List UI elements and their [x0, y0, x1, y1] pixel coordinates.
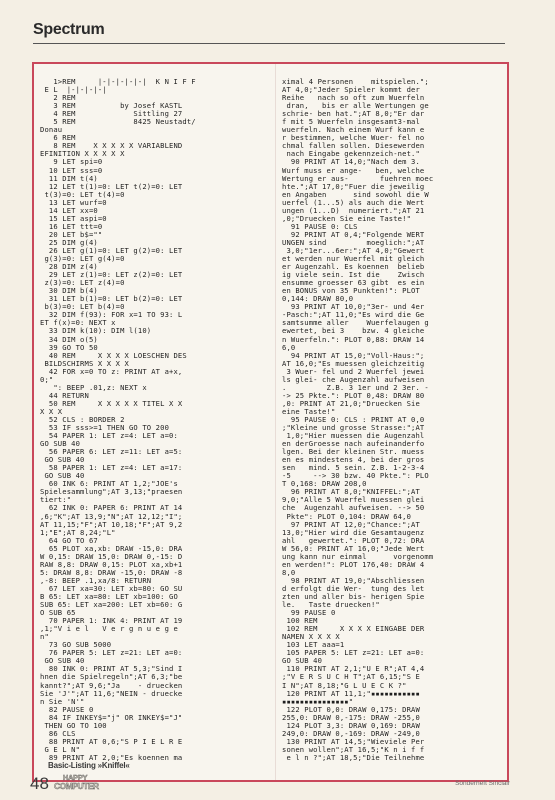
page-header: Spectrum — [33, 20, 505, 44]
page-footer: 48 HAPPY COMPUTER Sonderheft Sinclair — [30, 772, 510, 796]
listing-caption: Basic-Listing »Kniffel« — [48, 761, 130, 770]
code-line: 50 REM X X X X X TITEL X X — [40, 400, 276, 408]
code-line: 5 REM 8425 Neustadt/ — [40, 118, 276, 126]
page-number: 48 — [30, 774, 49, 794]
logo-line-2: COMPUTER — [54, 782, 96, 791]
code-line: 42 FOR x=0 TO z: PRINT AT a+x, — [40, 368, 276, 376]
code-line: e l n ?";AT 18,5;"Die Teilnehme — [282, 754, 507, 762]
listing-left-column: 1>REM |-|-|-|-|-| K N I F F E L |-|-|-|-… — [40, 78, 276, 762]
code-line: en werden!": PLOT 176,40: DRAW 4 — [282, 561, 507, 569]
section-title: Spectrum — [33, 20, 505, 40]
issue-label: Sonderheft Sinclair — [455, 780, 510, 787]
code-line: ,1;"V i e l V e r g n u e g e — [40, 625, 276, 633]
listing-frame: 1>REM |-|-|-|-|-| K N I F F E L |-|-|-|-… — [32, 62, 509, 782]
listing-right-column: ximal 4 Personen mitspielen.";AT 4,0;"Je… — [282, 78, 507, 762]
code-line: Spielesammlung";AT 3,13;"praesen — [40, 488, 276, 496]
magazine-logo: HAPPY COMPUTER — [54, 773, 96, 793]
code-line: n Wuerfeln.": PLOT 0,88: DRAW 14 — [282, 336, 507, 344]
